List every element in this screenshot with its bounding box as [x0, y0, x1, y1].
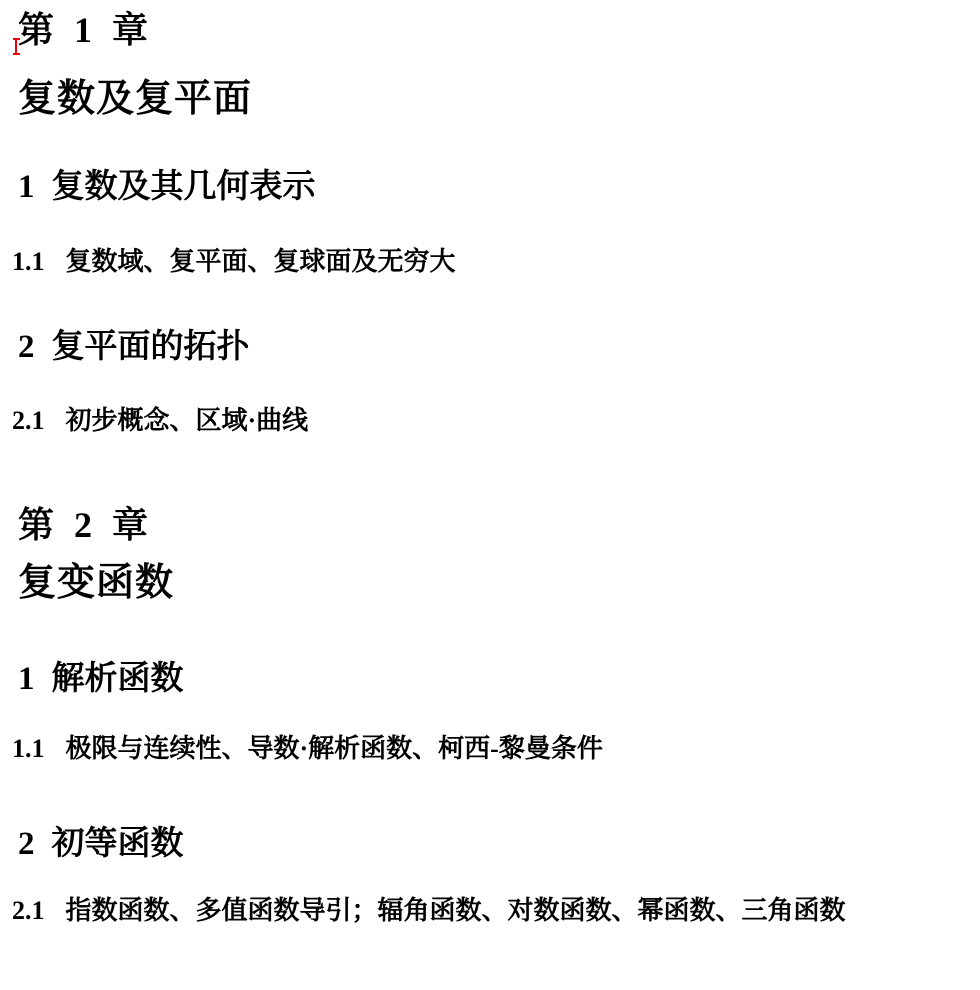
chapter-2-section-2-heading: 2初等函数	[18, 827, 184, 862]
chapter-1-subsection-1-1-heading: 1.1复数域、复平面、复球面及无穷大	[12, 248, 456, 275]
chapter-2-section-1-heading: 1解析函数	[18, 662, 184, 697]
chapter-2-title: 复变函数	[18, 564, 174, 604]
section-title: 初等函数	[52, 826, 184, 862]
document-page: 第 1 章 复数及复平面 1复数及其几何表示 1.1复数域、复平面、复球面及无穷…	[0, 0, 980, 990]
chapter-2-subsection-2-1-heading: 2.1指数函数、多值函数导引；辐角函数、对数函数、幂函数、三角函数	[12, 897, 846, 924]
section-number: 1	[18, 662, 35, 697]
section-number: 2	[18, 330, 35, 365]
section-title: 复平面的拓扑	[52, 329, 250, 365]
chapter-1-section-1-heading: 1复数及其几何表示	[18, 170, 316, 205]
chapter-2-number: 第 2 章	[18, 507, 149, 545]
chapter-2-subsection-1-1-heading: 1.1极限与连续性、导数·解析函数、柯西-黎曼条件	[12, 735, 603, 762]
chapter-1-subsection-2-1-heading: 2.1初步概念、区域·曲线	[12, 407, 308, 434]
section-number: 2	[18, 827, 35, 862]
section-number: 1	[18, 170, 35, 205]
subsection-title: 指数函数、多值函数导引；辐角函数、对数函数、幂函数、三角函数	[66, 896, 846, 925]
subsection-title: 复数域、复平面、复球面及无穷大	[66, 247, 456, 276]
subsection-title: 初步概念、区域·曲线	[66, 406, 309, 435]
subsection-title: 极限与连续性、导数·解析函数、柯西-黎曼条件	[66, 734, 603, 763]
chapter-1-title: 复数及复平面	[18, 80, 252, 120]
chapter-1-section-2-heading: 2复平面的拓扑	[18, 330, 250, 365]
section-title: 复数及其几何表示	[52, 169, 316, 205]
subsection-number: 2.1	[12, 897, 45, 924]
subsection-number: 1.1	[12, 248, 45, 275]
chapter-1-number: 第 1 章	[18, 12, 149, 50]
section-title: 解析函数	[52, 661, 184, 697]
subsection-number: 2.1	[12, 407, 45, 434]
subsection-number: 1.1	[12, 735, 45, 762]
